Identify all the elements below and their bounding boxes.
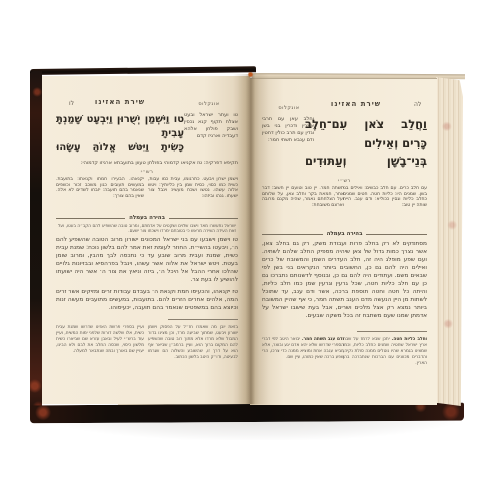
book-cover-top-edge	[30, 66, 256, 75]
right-page-onkelos-label: אונקלוס	[262, 105, 316, 111]
left-page-header-title: שירת האזינו	[56, 98, 184, 106]
left-page-footnote-rule	[168, 319, 238, 321]
left-page-verse-text: טו וַיִּשְׁמַן יְשֻׁרוּן וַיִּבְעָט שָׁמ…	[56, 113, 184, 157]
book-cover-left-edge	[30, 71, 42, 421]
verse-line: כָּשִׂיתָ וַיִּטֹּשׁ אֱלוֹהַּ עָשָׂהוּ ו…	[56, 141, 184, 157]
commentary-paragraph: טו וישמן וישבעו עם בני ישראל המכונים ישו…	[56, 236, 238, 284]
right-page-rashi-column-right: עם חלב כרים. עם חלב כבשים: ואילים בני בש…	[343, 186, 427, 226]
gutter-cover-speck	[248, 72, 253, 77]
commentary-paragraph: טז יקנאהו, והכעיסו חמת וקנאת ה׳ בעבדם עב…	[56, 288, 238, 312]
right-page: לה שירת האזינו אונקלוס וַחֲלֵב צֹאן עִם־…	[250, 78, 437, 405]
right-page-footnote-column-right: וחלב כליות חטה. יתכן שבא לרמז על שבח ארץ…	[343, 337, 427, 392]
left-page-onkelos-column: טו ועתר ישראל ובעט אצלח תקוף קנא נכסין ו…	[184, 112, 238, 158]
footnote-lead: ודם ענב תשתה חמר.	[302, 337, 344, 342]
left-page-onkelos-overflow: תקיפא דפרקיה: טז אקניאו קדמוהי בפולחן טע…	[56, 160, 238, 168]
right-page-verse-text: וַחֲלֵב צֹאן עִם־חֵלֶב כָּרִים וְאֵילִים…	[305, 115, 427, 173]
book-fore-edge	[436, 77, 463, 406]
right-page-rashi-column-left: תשתה חמר. יין טוב וטועם יין חשוב: דבר אח…	[262, 186, 344, 226]
verse-line: בְּנֵי־בָשָׁן וְעַתּוּדִים עִם־חֵלֶב כִּ…	[305, 152, 427, 173]
right-page-footnote-rule	[357, 331, 427, 333]
right-page-onkelos-column: וחלב עאן עם תרבי אמרין ודכרין בני בשן וג…	[262, 116, 314, 166]
left-page-rashi-label: רש״י	[56, 169, 238, 175]
commentary-paragraph: מסתפקים לא רק בחלב פרות ועבודת משק, רק ג…	[262, 240, 427, 320]
right-page-rashi-label: רש״י	[262, 178, 427, 184]
footnote-lead: וחלב כליות חטה.	[392, 337, 427, 342]
left-page-footnote-column-left: ועיין בספרי פרשת האזינו שדרשו שמנת עבית …	[56, 325, 144, 391]
left-page-rashi-column-right: וישמן ישרון ויבעט. כתרגומו, עבית כמו עבו…	[148, 177, 238, 211]
right-page-number: לה	[414, 101, 432, 108]
left-page: לו שירת האזינו אונקלוס טו וַיִּשְׁמַן יְ…	[42, 76, 250, 404]
book-cover-bottom-edge	[30, 403, 464, 424]
verse-line: טו וַיִּשְׁמַן יְשֻׁרוּן וַיִּבְעָט שָׁמ…	[56, 113, 184, 141]
left-page-rashi-column-left: יקנאהו. הבעירו חמתו וקנאתו: בתועבת. במעש…	[56, 177, 144, 211]
right-page-commentary: מסתפקים לא רק בחלב פרות ועבודת משק, רק ג…	[262, 240, 427, 328]
verse-line: וַחֲלֵב צֹאן עִם־חֵלֶב כָּרִים וְאֵילִים	[305, 115, 427, 152]
left-page-onkelos-label: אונקלוס	[180, 101, 238, 107]
left-page-commentary: טו וישמן וישבעו עם בני ישראל המכונים ישו…	[56, 236, 238, 316]
left-page-commentary-intro: ישראל נתעשרו מאד וישבו שלוים ושקטים על א…	[58, 223, 236, 234]
left-page-footnote-column-right: בזאת יובן מה שאמרו חז״ל על הפסוק וישמן י…	[148, 325, 238, 391]
product-photo-open-book: לו שירת האזינו אונקלוס טו וַיִּשְׁמַן יְ…	[0, 0, 500, 500]
right-page-footnote-column-left: ודם ענב תשתה חמר. יבואר היטב לפי דברי הס…	[262, 337, 344, 392]
right-page-commentary-title: בהירה בעמלה	[327, 231, 363, 237]
left-page-commentary-title: בהירה בעמלה	[129, 215, 165, 221]
left-page-commentary-divider: בהירה בעמלה	[56, 214, 238, 222]
right-page-commentary-divider: בהירה בעמלה	[262, 230, 427, 238]
